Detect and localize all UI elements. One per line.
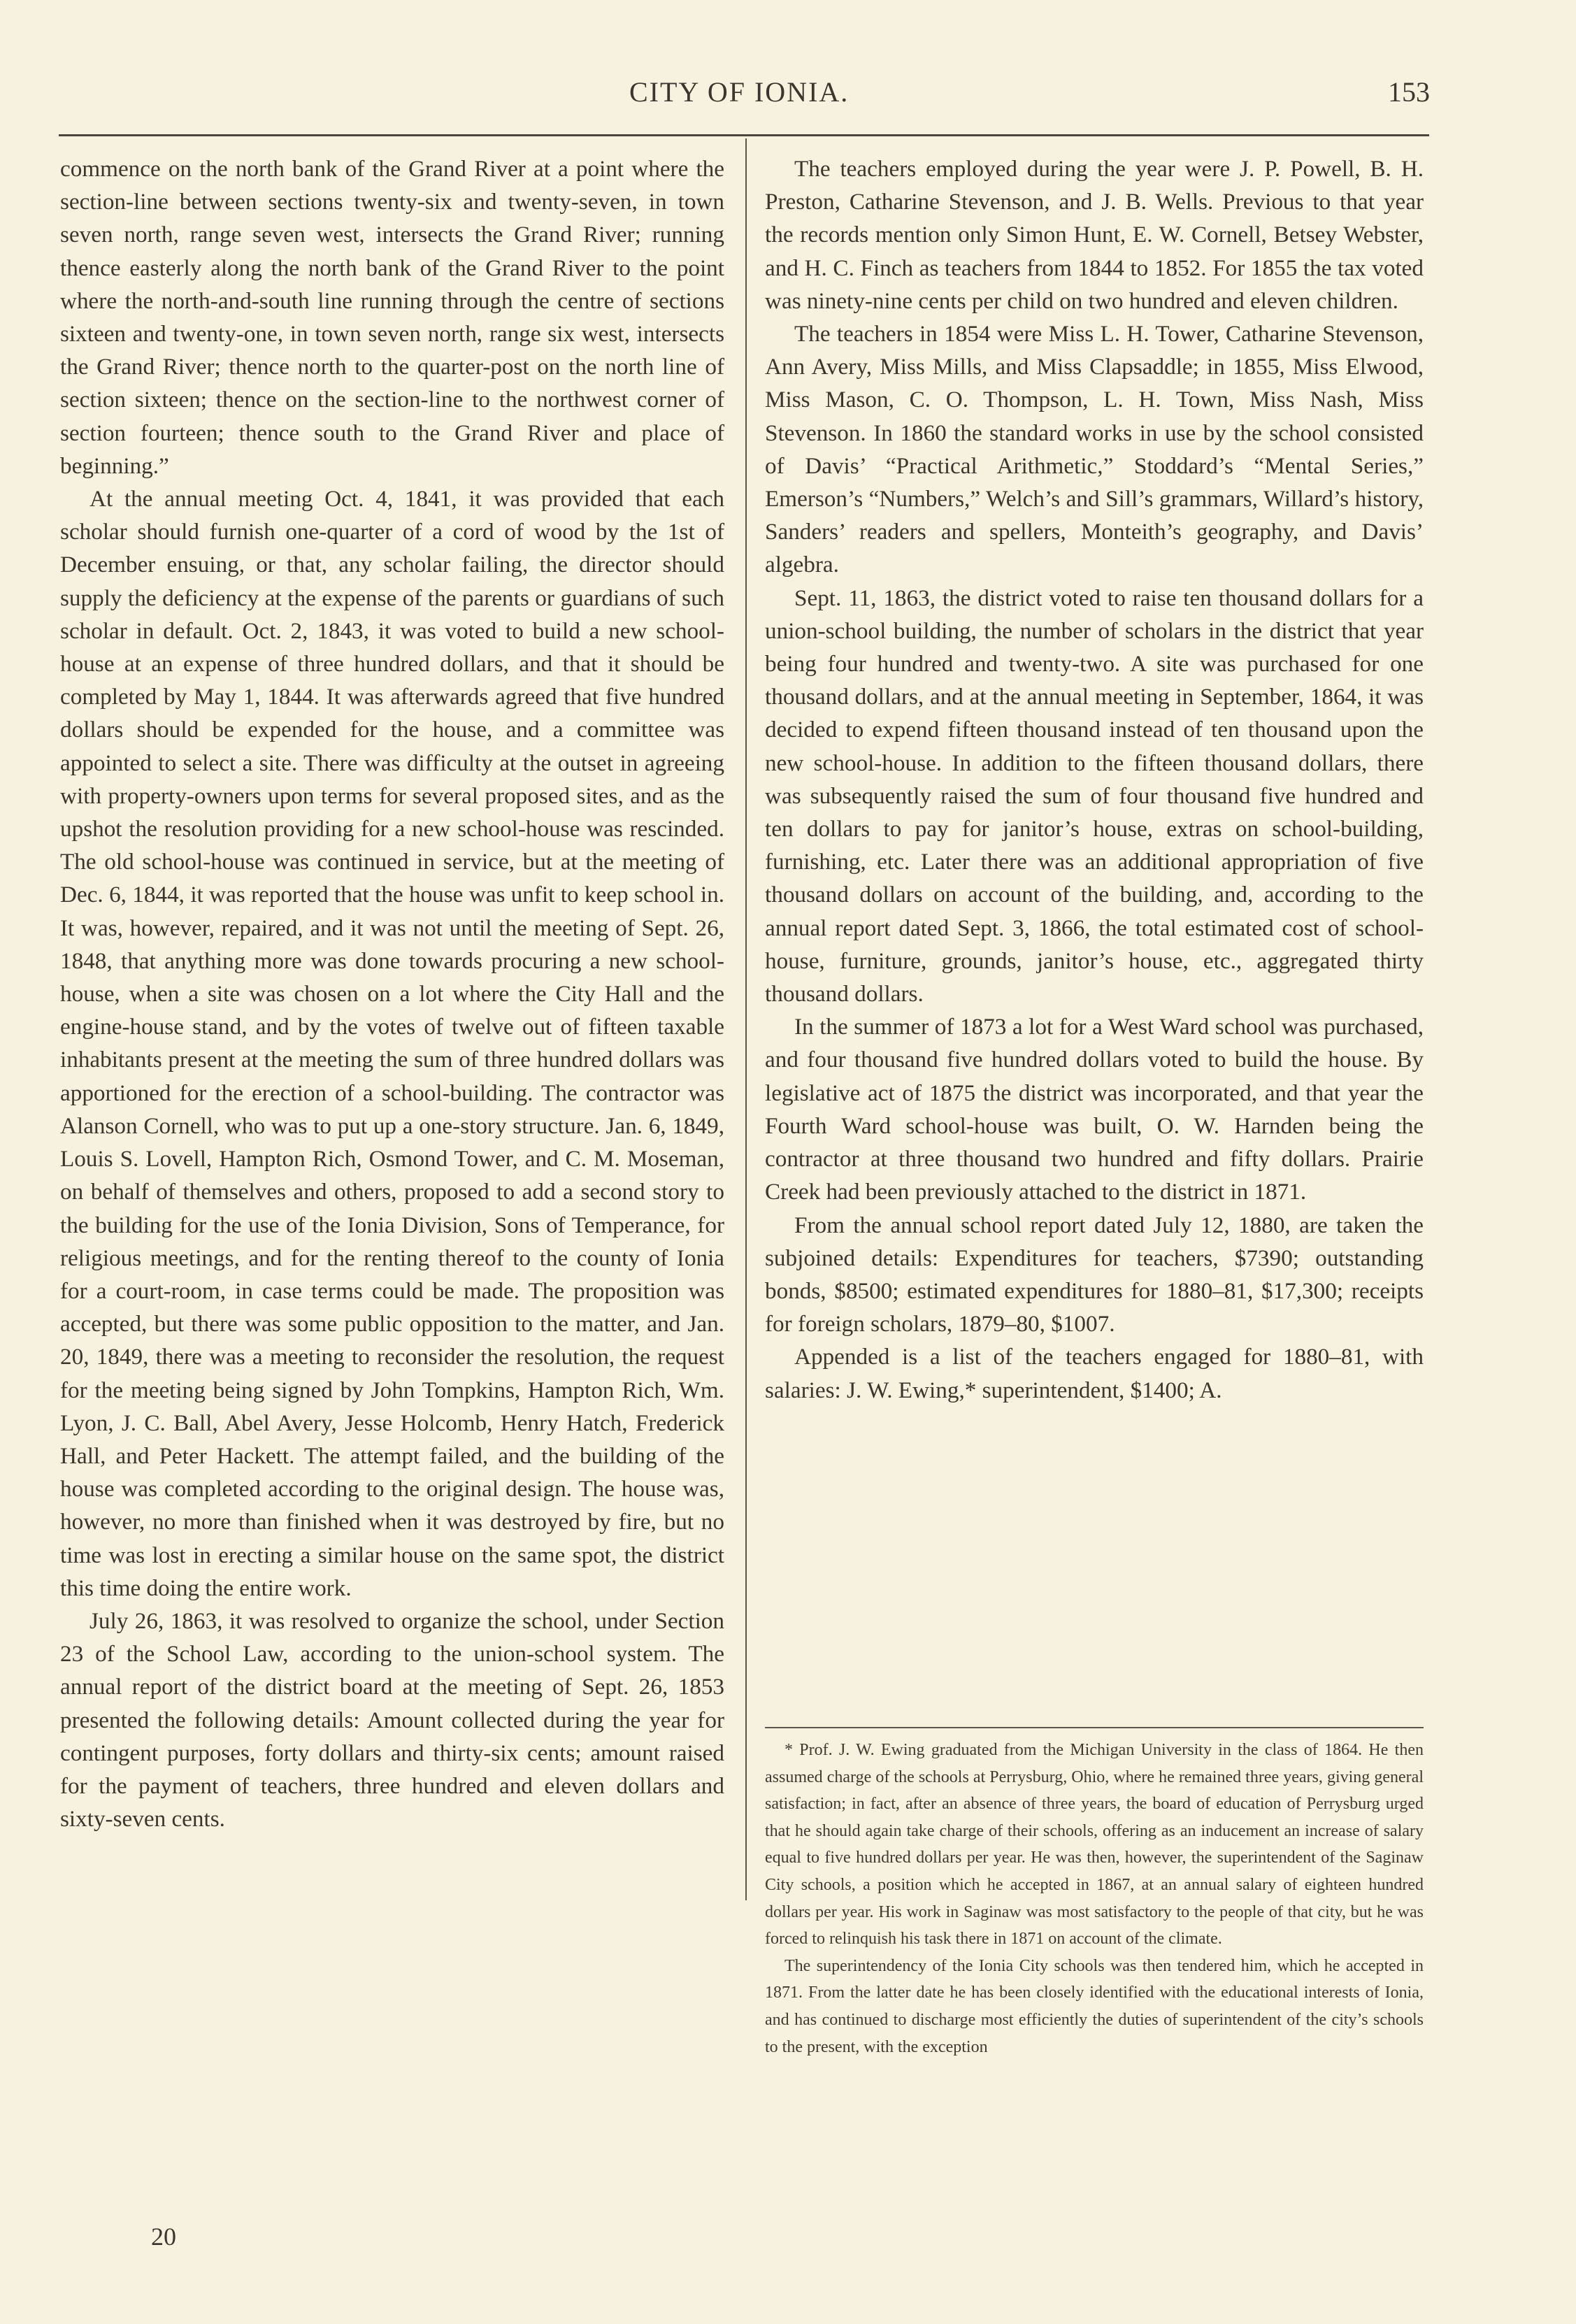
- left-column: commence on the north bank of the Grand …: [60, 152, 724, 1835]
- paragraph: Appended is a list of the teachers engag…: [765, 1340, 1424, 1406]
- running-title: CITY OF IONIA.: [629, 76, 849, 108]
- paragraph: In the summer of 1873 a lot for a West W…: [765, 1010, 1424, 1208]
- page-number: 153: [1388, 76, 1430, 108]
- paragraph: Sept. 11, 1863, the district voted to ra…: [765, 582, 1424, 1011]
- footnote: * Prof. J. W. Ewing graduated from the M…: [765, 1737, 1424, 2060]
- footnote-paragraph: The superintendency of the Ionia City sc…: [765, 1953, 1424, 2060]
- paragraph: commence on the north bank of the Grand …: [60, 152, 724, 482]
- paragraph: The teachers employed during the year we…: [765, 152, 1424, 317]
- paragraph: The teachers in 1854 were Miss L. H. Tow…: [765, 317, 1424, 582]
- right-column: The teachers employed during the year we…: [765, 152, 1424, 1407]
- footnote-paragraph: * Prof. J. W. Ewing graduated from the M…: [765, 1737, 1424, 1953]
- paragraph: From the annual school report dated July…: [765, 1209, 1424, 1341]
- paragraph: July 26, 1863, it was resolved to organi…: [60, 1605, 724, 1835]
- column-divider: [745, 138, 747, 1900]
- footnote-rule: [765, 1727, 1424, 1728]
- signature-mark: 20: [151, 2222, 176, 2251]
- paragraph: At the annual meeting Oct. 4, 1841, it w…: [60, 482, 724, 1605]
- header-rule: [59, 134, 1429, 136]
- running-head: CITY OF IONIA. 153: [0, 76, 1576, 117]
